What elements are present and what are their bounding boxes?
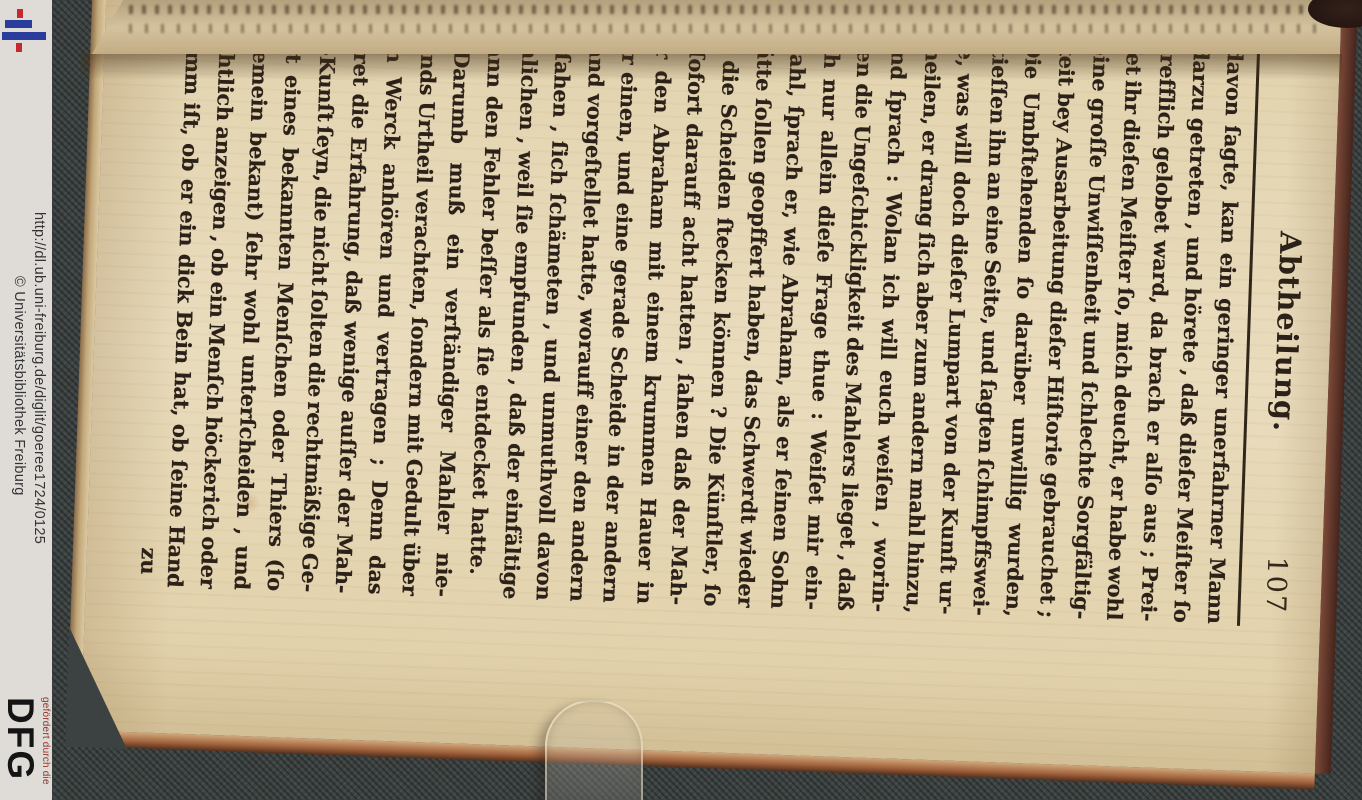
running-header: Abtheilung. [1260,49,1314,615]
viewer-frame: http://dl.ub.uni-freiburg.de/diglit/goer… [0,0,52,800]
book-page: Abtheilung. 107 davonſagte,kaneingeringe… [81,0,1342,774]
ub-freiburg-logo-icon [0,0,52,60]
facing-page-edge [92,0,1340,54]
facing-page-text-blur [129,24,1327,33]
body-text: davonſagte,kaneingeringerunerfahrnerMann… [154,10,1248,624]
page-content: Abtheilung. 107 davonſagte,kaneingeringe… [81,0,1342,774]
logo-red-bar [17,9,23,18]
digitized-book-viewer: Abtheilung. 107 davonſagte,kaneingeringe… [0,0,1362,800]
dfg-logo: gefördert durch die DFG [1,697,52,785]
running-header-row: Abtheilung. 107 [1250,49,1314,615]
page-holder-clip [545,700,643,800]
logo-blue-bar [2,32,46,40]
copyright-notice: © Universitätsbibliothek Freiburg [9,212,29,544]
logo-blue-bar [5,20,32,28]
logo-red-bar [16,43,22,52]
catchword: zu [127,474,164,575]
attribution-block: http://dl.ub.uni-freiburg.de/diglit/goer… [9,212,49,544]
facing-page-text-blur [129,5,1327,14]
source-url: http://dl.ub.uni-freiburg.de/diglit/goer… [29,212,49,544]
book-photograph: Abtheilung. 107 davonſagte,kaneingeringe… [52,0,1362,800]
dfg-acronym: DFG [1,697,39,785]
page-number: 107 [1259,556,1292,615]
gutter-shadow [82,54,1342,80]
